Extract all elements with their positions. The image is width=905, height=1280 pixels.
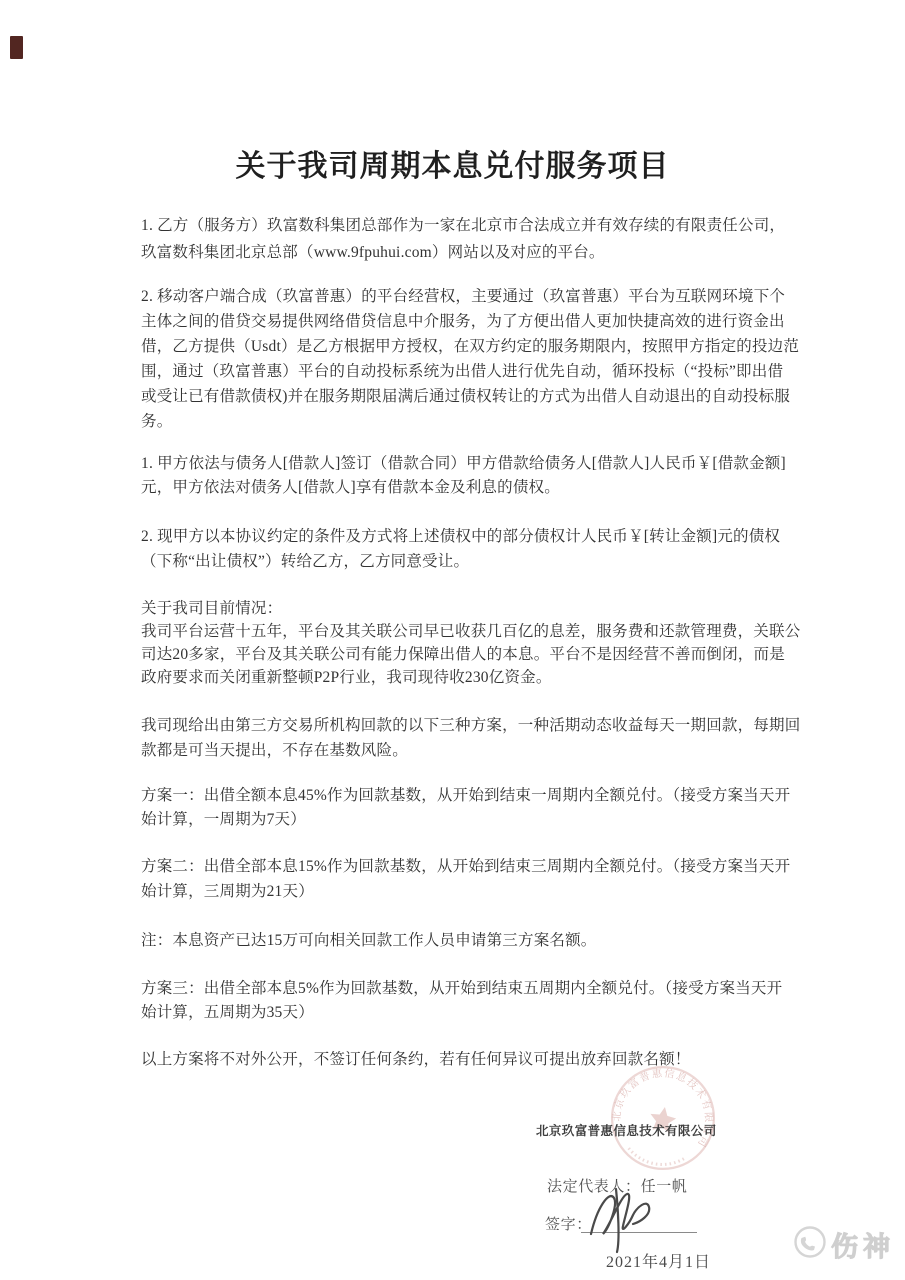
paragraph-closing: 以上方案将不对外公开，不签订任何条约，若有任何异议可提出放弃回款名额！	[141, 1048, 813, 1072]
paragraph-service-2: 2. 移动客户端合成（玖富普惠）的平台经营权，主要通过（玖富普惠）平台为互联网环…	[141, 284, 813, 434]
company-seal-stamp-icon: 北京玖富普惠信息技术有限公司	[598, 1053, 728, 1183]
paragraph-plan-2: 方案二：出借全部本息15%作为回款基数，从开始到结束三周期内全额兑付。（接受方案…	[141, 854, 813, 904]
paragraph-company-status: 关于我司目前情况： 我司平台运营十五年，平台及其关联公司早已收获几百亿的息差，服…	[141, 597, 813, 689]
handwritten-signature	[583, 1186, 678, 1254]
paragraph-plan-3: 方案三：出借全部本息5%作为回款基数，从开始到结束五周期内全额兑付。（接受方案当…	[141, 977, 813, 1025]
paragraph-plans-intro: 我司现给出由第三方交易所机构回款的以下三种方案，一种活期动态收益每天一期回款，每…	[141, 713, 813, 763]
scan-corner-mark	[10, 36, 23, 59]
paragraph-service-1: 1. 乙方（服务方）玖富数科集团总部作为一家在北京市合法成立并有效存续的有限责任…	[141, 212, 813, 266]
page-title: 关于我司周期本息兑付服务项目	[0, 141, 905, 185]
document-page: 关于我司周期本息兑付服务项目 1. 乙方（服务方）玖富数科集团总部作为一家在北京…	[0, 0, 905, 1280]
paragraph-debt-2: 2. 现甲方以本协议约定的条件及方式将上述债权中的部分债权计人民币￥[转让金额]…	[141, 524, 813, 574]
paragraph-note: 注：本息资产已达15万可向相关回款工作人员申请第三方案名额。	[141, 929, 813, 953]
watermark-text: 伤神	[831, 1225, 895, 1264]
paragraph-debt-1: 1. 甲方依法与债务人[借款人]签订（借款合同）甲方借款给债务人[借款人]人民币…	[141, 452, 813, 500]
watermark-phone-icon	[792, 1224, 828, 1260]
paragraph-plan-1: 方案一：出借全额本息45%作为回款基数，从开始到结束一周期内全额兑付。（接受方案…	[141, 784, 813, 832]
company-name: 北京玖富普惠信息技术有限公司	[536, 1121, 717, 1139]
